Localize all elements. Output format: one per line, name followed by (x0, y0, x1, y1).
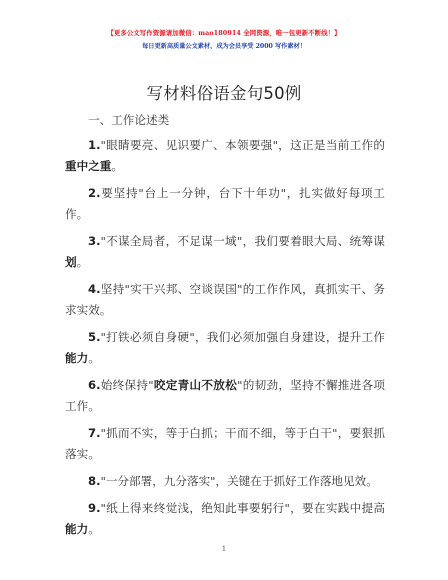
item-number: 4. (88, 282, 100, 296)
item-end: 。 (77, 255, 89, 269)
item-number: 8. (88, 474, 100, 488)
list-item-4: 4.坚持"实干兴邦、空谈误国"的工作作风，真抓实干、务求实效。 (65, 279, 385, 321)
item-number: 2. (88, 186, 100, 200)
document-title: 写材料俗语金句50例 (0, 80, 448, 104)
item-end: 。 (111, 159, 123, 173)
list-item-5: 5."打铁必须自身硬"，我们必须加强自身建设，提升工作能力。 (65, 327, 385, 369)
promo-banner: 【更多公文写作资源请加微信：mao180914 全网资源，唯一包更新不断线！】 … (0, 29, 448, 51)
item-text: "抓而不实，等于白抓；干而不细，等于白干"，要狠抓落实。 (65, 426, 385, 461)
promo-banner-line-1: 【更多公文写作资源请加微信：mao180914 全网资源，唯一包更新不断线！】 (0, 29, 448, 38)
document-body: 一、工作论述类 1."眼睛要亮、见识要广、本领要强"，这正是当前工作的重中之重。… (65, 110, 385, 546)
item-text: "一分部署，九分落实"，关键在于抓好工作落地见效。 (100, 474, 377, 488)
item-number: 1. (88, 138, 100, 152)
item-text: "眼睛要亮、见识要广、本领要强"，这正是当前工作的 (100, 138, 385, 152)
item-text: "不谋全局者，不足谋一域"，我们要着眼大局、统筹谋 (100, 234, 385, 248)
item-end: 。 (88, 522, 100, 536)
list-item-8: 8."一分部署，九分落实"，关键在于抓好工作落地见效。 (65, 471, 385, 492)
list-item-6: 6.始终保持"咬定青山不放松"的韧劲，坚持不懈推进各项工作。 (65, 375, 385, 417)
section-heading: 一、工作论述类 (65, 110, 385, 130)
item-number: 6. (88, 378, 100, 392)
item-number: 7. (88, 426, 100, 440)
item-emphasis: 能力 (65, 351, 88, 365)
item-text: 要坚持"台上一分钟，台下十年功"，扎实做好每项工作。 (65, 186, 385, 221)
list-item-3: 3."不谋全局者，不足谋一域"，我们要着眼大局、统筹谋划。 (65, 231, 385, 273)
list-item-7: 7."抓而不实，等于白抓；干而不细，等于白干"，要狠抓落实。 (65, 423, 385, 465)
item-text: "打铁必须自身硬"，我们必须加强自身建设，提升工作 (100, 330, 385, 344)
item-emphasis: 能力 (65, 522, 88, 536)
item-emphasis: 咬定青山不放松 (154, 378, 237, 392)
item-number: 5. (88, 330, 100, 344)
item-text: "纸上得来终觉浅，绝知此事要躬行"，要在实践中提高 (100, 501, 385, 515)
promo-banner-line-2: 每日更新高质量公文素材，成为会员享受 2000 写作素材！ (0, 42, 448, 51)
list-item-1: 1."眼睛要亮、见识要广、本领要强"，这正是当前工作的重中之重。 (65, 135, 385, 177)
item-number: 3. (88, 234, 100, 248)
item-text: 始终保持" (100, 378, 153, 392)
item-emphasis: 重中之重 (65, 159, 111, 173)
page-number: 1 (0, 545, 448, 553)
list-item-9: 9."纸上得来终觉浅，绝知此事要躬行"，要在实践中提高能力。 (65, 498, 385, 540)
item-number: 9. (88, 501, 100, 515)
item-text: 坚持"实干兴邦、空谈误国"的工作作风，真抓实干、务求实效。 (65, 282, 385, 317)
list-item-2: 2.要坚持"台上一分钟，台下十年功"，扎实做好每项工作。 (65, 183, 385, 225)
item-emphasis: 划 (65, 255, 77, 269)
item-end: 。 (88, 351, 100, 365)
